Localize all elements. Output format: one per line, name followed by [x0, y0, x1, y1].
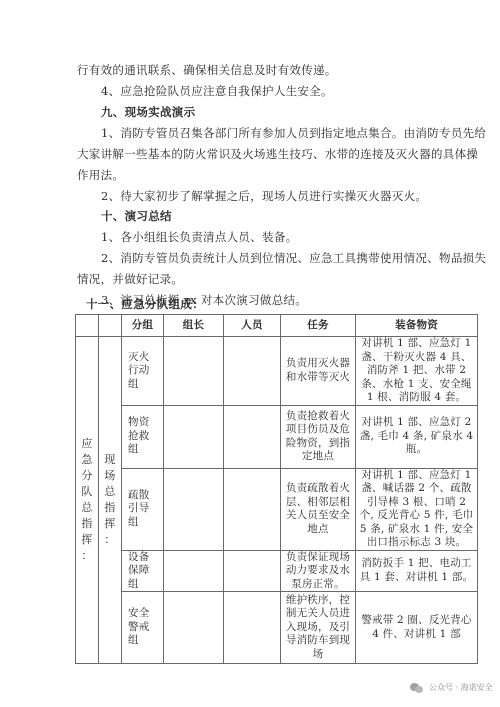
emergency-team-table: 分组 组长 人员 任务 装备物资 应 急 分 队 总 指 挥 ： 现 场 总 指 — [75, 314, 478, 664]
table-row: 安全警戒组 维护秩序，控制无关人员进入现场，及引导消防车到现场 警戒带 2 圈、… — [76, 592, 478, 664]
label-char: ： — [81, 548, 92, 564]
paragraph-continuation: 大家讲解一些基本的防火常识及火场逃生技巧、水带的连接及灭火器的具体操 — [77, 146, 478, 162]
wechat-icon — [410, 683, 424, 693]
group-name: 灭火行动组 — [122, 337, 164, 406]
label-char: 现 — [104, 452, 115, 468]
group-members — [224, 405, 281, 468]
general-commander-label: 应 急 分 队 总 指 挥 ： — [76, 337, 99, 664]
group-leader — [164, 592, 224, 664]
header-equipment: 装备物资 — [356, 315, 478, 337]
group-members — [224, 468, 281, 550]
group-name: 设备保障组 — [122, 550, 164, 592]
paragraph-continuation: 作用法。 — [77, 167, 124, 183]
blank-header-cell — [99, 315, 122, 337]
table-row: 应 急 分 队 总 指 挥 ： 现 场 总 指 挥 ： 灭火行动组 负责用灭火器… — [76, 337, 478, 406]
watermark-text: 公众号 · 海诺安全 — [429, 682, 493, 693]
section-heading-10: 十、演习总结 — [101, 208, 172, 224]
blank-header-cell — [76, 315, 99, 337]
label-char: ： — [104, 532, 115, 548]
paragraph-continuation: 行有效的通讯联系、确保相关信息及时有效传递。 — [77, 62, 337, 78]
site-commander-label: 现 场 总 指 挥 ： — [99, 337, 122, 664]
label-char: 急 — [81, 452, 92, 468]
header-members: 人员 — [224, 315, 281, 337]
table-header-row: 分组 组长 人员 任务 装备物资 — [76, 315, 478, 337]
group-leader — [164, 468, 224, 550]
list-item-1: 1、消防专管员召集各部门所有参加人员到指定地点集合。由消防专员先给 — [101, 125, 486, 141]
label-char: 队 — [81, 484, 92, 500]
list-item-4: 4、应急抢险队员应注意自我保护人生安全。 — [101, 83, 333, 99]
section-heading-9: 九、现场实战演示 — [101, 104, 195, 120]
list-item-2: 2、消防专管员负责统计人员到位情况、应急工具携带使用情况、物品损失 — [101, 250, 486, 266]
label-char: 分 — [81, 468, 92, 484]
table-row: 设备保障组 负责保证现场动力要求及水泵房正常。 消防扳手 1 把、电动工具 1 … — [76, 550, 478, 592]
group-equipment: 警戒带 2 圈、反光背心 4 件、对讲机 1 部 — [356, 592, 478, 664]
label-char: 挥 — [104, 516, 115, 532]
group-equipment: 对讲机 1 部、应急灯 2 盏, 毛巾 4 条, 矿泉水 4 瓶。 — [356, 405, 478, 468]
group-name: 疏散引导组 — [122, 468, 164, 550]
label-char: 挥 — [81, 532, 92, 548]
label-char: 总 — [81, 500, 92, 516]
label-char: 指 — [104, 500, 115, 516]
group-equipment: 对讲机 1 部、应急灯 1 盏、喊话器 2 个、疏散引导棒 3 根、口哨 2 个… — [356, 468, 478, 550]
table-row: 物资抢救组 负责抢救着火项目伤员及危险物资，到指定地点 对讲机 1 部、应急灯 … — [76, 405, 478, 468]
list-item-1: 1、各小组组长负责清点人员、装备。 — [101, 229, 297, 245]
group-task: 负责用灭火器和水带等灭火 — [281, 337, 356, 406]
header-task: 任务 — [281, 315, 356, 337]
header-leader: 组长 — [164, 315, 224, 337]
group-leader — [164, 550, 224, 592]
paragraph-continuation: 情况，并做好记录。 — [77, 271, 183, 287]
group-equipment: 对讲机 1 部、应急灯 1 盏、干粉灭火器 4 具、消防斧 1 把、水带 2 条… — [356, 337, 478, 406]
section-heading-11-text: 十一、应急分队组成： — [86, 296, 204, 312]
watermark: 公众号 · 海诺安全 — [410, 682, 493, 693]
group-task: 负责保证现场动力要求及水泵房正常。 — [281, 550, 356, 592]
group-equipment: 消防扳手 1 把、电动工具 1 套、对讲机 1 部。 — [356, 550, 478, 592]
group-members — [224, 337, 281, 406]
group-task: 负责抢救着火项目伤员及危险物资，到指定地点 — [281, 405, 356, 468]
list-item-2: 2、待大家初步了解掌握之后，现场人员进行实操灭火器灭火。 — [101, 188, 427, 204]
header-group: 分组 — [122, 315, 164, 337]
group-task: 维护秩序，控制无关人员进入现场，及引导消防车到现场 — [281, 592, 356, 664]
table-row: 疏散引导组 负责疏散着火层、相邻层相关人员至安全地点 对讲机 1 部、应急灯 1… — [76, 468, 478, 550]
group-leader — [164, 405, 224, 468]
group-name: 安全警戒组 — [122, 592, 164, 664]
group-task: 负责疏散着火层、相邻层相关人员至安全地点 — [281, 468, 356, 550]
group-members — [224, 550, 281, 592]
label-char: 场 — [104, 468, 115, 484]
label-char: 指 — [81, 516, 92, 532]
label-char: 总 — [104, 484, 115, 500]
group-leader — [164, 337, 224, 406]
label-char: 应 — [81, 436, 92, 452]
group-name: 物资抢救组 — [122, 405, 164, 468]
group-members — [224, 592, 281, 664]
